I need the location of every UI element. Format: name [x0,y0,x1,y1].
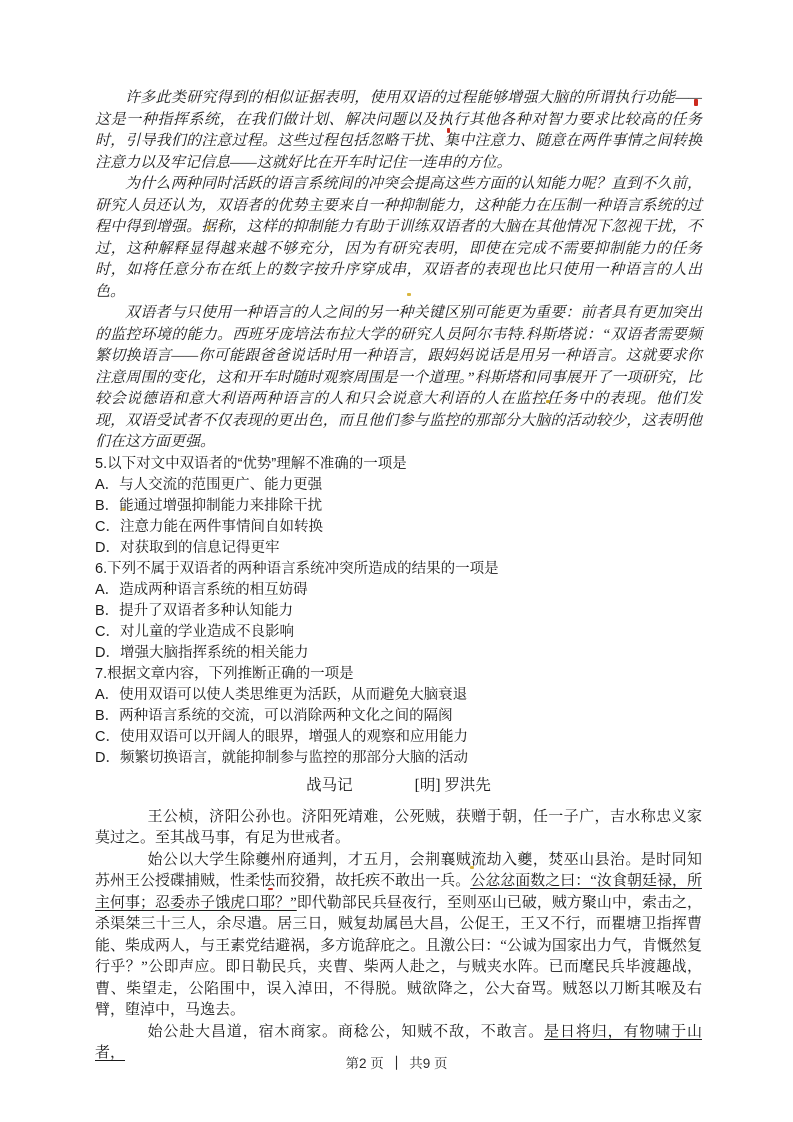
page-content: 许多此类研究得到的相似证据表明，使用双语的过程能够增强大脑的所谓执行功能——这是… [95,88,702,1065]
passage-paragraph: 双语者与只使用一种语言的人之间的另一种关键区别可能更为重要：前者具有更加突出的监… [95,303,702,454]
question-option: D．对获取到的信息记得更牢 [95,538,702,559]
classical-paragraph: 王公桢，济阳公孙也。济阳死靖难，公死贼，获赠于朝，任一子广，吉水称忠义家莫过之。… [95,807,702,850]
question-option: C．使用双语可以开阔人的眼界，增强人的观察和应用能力 [95,727,702,748]
classical-author: [明] 罗洪先 [415,777,491,794]
scan-artifact-dot [694,99,698,106]
question-stem: 7.根据文章内容，下列推断正确的一项是 [95,664,702,685]
question-stem: 5.以下对文中双语者的“优势”理解不准确的一项是 [95,454,702,475]
question-stem: 6.下列不属于双语者的两种语言系统冲突所造成的结果的一项是 [95,559,702,580]
modern-reading-passage: 许多此类研究得到的相似证据表明，使用双语的过程能够增强大脑的所谓执行功能——这是… [95,88,702,454]
classical-passage-section: 战马记[明] 罗洪先 王公桢，济阳公孙也。济阳死靖难，公死贼，获赠于朝，任一子广… [95,773,702,1065]
scan-artifact-dot [470,866,474,869]
scan-artifact-dot [407,293,411,296]
question-option: C．注意力能在两件事情间自如转换 [95,517,702,538]
page-footer: 第2 页｜共9 页 [0,1052,793,1072]
classical-title-row: 战马记[明] 罗洪先 [95,773,702,795]
question-block-6: 6.下列不属于双语者的两种语言系统冲突所造成的结果的一项是 A．造成两种语言系统… [95,559,702,664]
footer-separator: ｜ [384,1056,410,1071]
classical-title: 战马记 [306,777,353,794]
footer-page-number: 第2 页 [345,1056,383,1071]
question-option: D．增强大脑指挥系统的相关能力 [95,643,702,664]
scan-artifact-dot [207,226,211,229]
plain-text: 即代勒部民兵昼夜行，至则巫山已破，贼方聚山中，索击之，杀渠桀三十三人，余尽遣。居… [95,895,702,1019]
passage-paragraph: 许多此类研究得到的相似证据表明，使用双语的过程能够增强大脑的所谓执行功能——这是… [95,88,702,174]
question-option: D．频繁切换语言，就能抑制参与监控的那部分大脑的活动 [95,748,702,769]
question-option: C．对儿童的学业造成不良影响 [95,622,702,643]
classical-paragraph: 始公以大学生除夔州府通判，才五月，会荆襄贼流劫入夔，焚巫山县治。是时同知苏州王公… [95,850,702,1022]
scan-artifact-dot [447,128,450,133]
footer-total-pages: 共9 页 [409,1056,447,1071]
questions-section: 5.以下对文中双语者的“优势”理解不准确的一项是 A．与人交流的范围更广、能力更… [95,454,702,769]
question-option: B．能通过增强抑制能力来排除干扰 [95,496,702,517]
plain-text: 王公桢，济阳公孙也。济阳死靖难，公死贼，获赠于朝，任一子广，吉水称忠义家莫过之。… [95,809,702,847]
passage-paragraph: 为什么两种同时活跃的语言系统间的冲突会提高这些方面的认知能力呢？直到不久前，研究… [95,174,702,303]
plain-text: 始公赴大昌道，宿木商家。商稔公，知贼不敌，不敢言。 [148,1024,545,1040]
question-block-7: 7.根据文章内容，下列推断正确的一项是 A．使用双语可以使人类思维更为活跃，从而… [95,664,702,769]
document-page: 许多此类研究得到的相似证据表明，使用双语的过程能够增强大脑的所谓执行功能——这是… [0,0,793,1122]
question-block-5: 5.以下对文中双语者的“优势”理解不准确的一项是 A．与人交流的范围更广、能力更… [95,454,702,559]
question-option: B．提升了双语者多种认知能力 [95,601,702,622]
question-option: A．使用双语可以使人类思维更为活跃，从而避免大脑衰退 [95,685,702,706]
question-option: A．与人交流的范围更广、能力更强 [95,475,702,496]
scan-artifact-dot [268,888,273,890]
question-option: B．两种语言系统的交流，可以消除两种文化之间的隔阂 [95,706,702,727]
scan-artifact-dot [122,508,125,511]
question-option: A．造成两种语言系统的相互妨碍 [95,580,702,601]
scan-artifact-dot [546,400,550,403]
